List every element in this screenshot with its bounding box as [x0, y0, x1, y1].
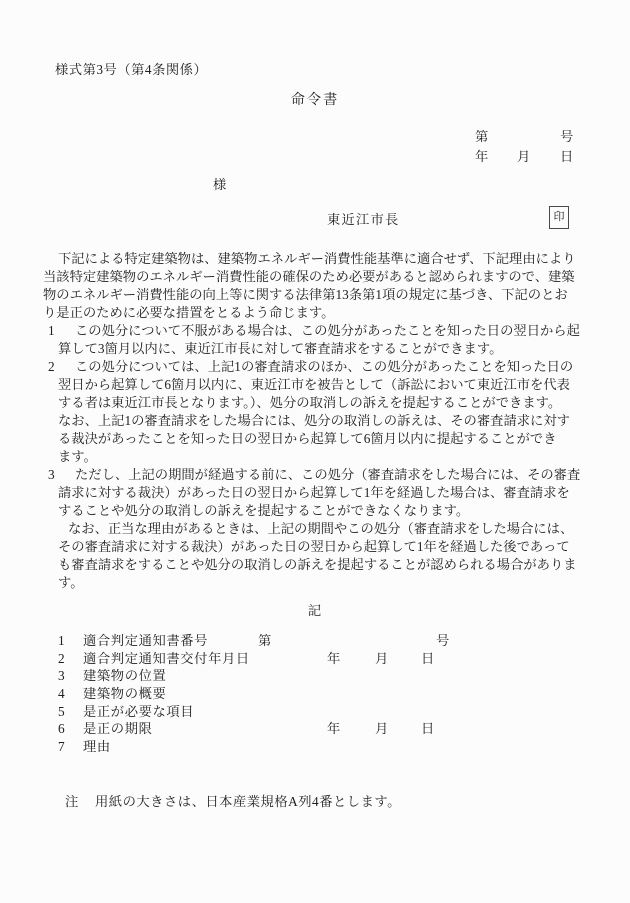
body-line: 翌日から起算して6箇月以内に、東近江市を被告として（訴訟において東近江市を代表: [43, 376, 603, 394]
doc-date-day-label: 日: [560, 146, 573, 165]
list-item-label: 是正の期限: [83, 720, 152, 738]
field-month-label: 月: [375, 720, 388, 738]
issuer-name: 東近江市長: [327, 209, 399, 228]
body-line: することや処分の取消しの訴えを提起することができなくなります。: [43, 502, 603, 520]
note-marker: 注: [65, 791, 78, 810]
list-item: 1 適合判定通知書番号 第 号: [0, 632, 630, 650]
list-item-number: 2: [58, 650, 65, 668]
body-line: ます。: [43, 448, 603, 466]
list-item-number: 5: [58, 703, 65, 721]
field-day-label: 日: [421, 650, 434, 668]
doc-date-month-label: 月: [517, 146, 530, 165]
body-line: す。: [43, 574, 603, 592]
list-item-label: 適合判定通知書番号: [83, 632, 208, 650]
list-item: 7 理由: [0, 738, 630, 756]
list-item-label: 適合判定通知書交付年月日: [83, 650, 250, 668]
list-item: 5 是正が必要な項目: [0, 703, 630, 721]
ki-heading: 記: [0, 600, 630, 619]
body-line: 請求に対する裁決）があった日の翌日から起算して1年を経過した場合は、審査請求を: [43, 484, 603, 502]
order-document-page: 様式第3号（第4条関係） 命令書 第 号 年 月 日 様 東近江市長 印 下記に…: [0, 0, 630, 903]
detail-list: 1 適合判定通知書番号 第 号 2 適合判定通知書交付年月日 年 月 日 3 建…: [0, 632, 630, 756]
list-item: 6 是正の期限 年 月 日: [0, 720, 630, 738]
doc-date-year-label: 年: [475, 146, 488, 165]
addressee-honorific: 様: [213, 174, 226, 193]
body-line: 3 ただし、上記の期間が経過する前に、この処分（審査請求をした場合には、その審査: [43, 466, 603, 484]
item-text: この処分については、上記1の審査請求のほか、この処分があったことを知った日の: [75, 358, 573, 376]
body-line: 下記による特定建築物は、建築物エネルギー消費性能基準に適合せず、下記理由により: [43, 250, 603, 268]
list-item-number: 7: [58, 738, 65, 756]
doc-number-prefix: 第: [475, 126, 488, 145]
body-line: も審査請求をすることや処分の取消しの訴えを提起することが認められる場合がありま: [43, 556, 603, 574]
body-line: り是正のために必要な措置をとるよう命じます。: [43, 304, 603, 322]
body-line: する者は東近江市長となります。）、処分の取消しの訴えを提起することができます。: [43, 394, 603, 412]
page-title: 命令書: [0, 89, 630, 109]
body-line: る裁決があったことを知った日の翌日から起算して6箇月以内に提起することができ: [43, 430, 603, 448]
list-item-label: 建築物の概要: [83, 685, 166, 703]
list-item: 3 建築物の位置: [0, 667, 630, 685]
item-text: この処分について不服がある場合は、この処分があったことを知った日の翌日から起: [75, 322, 580, 340]
field-year-label: 年: [327, 720, 340, 738]
field-number-prefix: 第: [258, 632, 271, 650]
body-line: なお、上記1の審査請求をした場合には、処分の取消しの訴えは、その審査請求に対す: [43, 412, 603, 430]
body-text: 下記による特定建築物は、建築物エネルギー消費性能基準に適合せず、下記理由により …: [43, 250, 603, 592]
body-line: 物のエネルギー消費性能の向上等に関する法律第13条第1項の規定に基づき、下記のと…: [43, 286, 603, 304]
list-item-number: 6: [58, 720, 65, 738]
body-line: 2 この処分については、上記1の審査請求のほか、この処分があったことを知った日の: [43, 358, 603, 376]
field-day-label: 日: [421, 720, 434, 738]
field-year-label: 年: [327, 650, 340, 668]
field-number-suffix: 号: [436, 632, 449, 650]
item-number: 2: [43, 358, 75, 376]
body-line: その審査請求に対する裁決）があった日の翌日から起算して1年を経過した後であって: [43, 538, 603, 556]
body-line: 算して3箇月以内に、東近江市長に対して審査請求をすることができます。: [43, 340, 603, 358]
item-number: 3: [43, 466, 75, 484]
list-item-label: 是正が必要な項目: [83, 703, 194, 721]
list-item-number: 1: [58, 632, 65, 650]
list-item: 4 建築物の概要: [0, 685, 630, 703]
list-item-number: 3: [58, 667, 65, 685]
item-number: 1: [43, 322, 75, 340]
seal-mark: 印: [549, 206, 569, 229]
list-item-label: 理由: [83, 738, 111, 756]
paper-size-note: 注 用紙の大きさは、日本産業規格A列4番とします。: [0, 791, 630, 809]
body-line: 当該特定建築物のエネルギー消費性能の確保のため必要があると認められますので、建築: [43, 268, 603, 286]
body-line: 1 この処分について不服がある場合は、この処分があったことを知った日の翌日から起: [43, 322, 603, 340]
item-text: ただし、上記の期間が経過する前に、この処分（審査請求をした場合には、その審査: [75, 466, 580, 484]
field-month-label: 月: [375, 650, 388, 668]
list-item-label: 建築物の位置: [83, 667, 166, 685]
list-item: 2 適合判定通知書交付年月日 年 月 日: [0, 650, 630, 668]
form-number-label: 様式第3号（第4条関係）: [55, 59, 207, 78]
body-line: なお、正当な理由があるときは、上記の期間やこの処分（審査請求をした場合には、: [43, 520, 603, 538]
note-text: 用紙の大きさは、日本産業規格A列4番とします。: [95, 791, 401, 810]
list-item-number: 4: [58, 685, 65, 703]
doc-number-suffix: 号: [560, 126, 573, 145]
